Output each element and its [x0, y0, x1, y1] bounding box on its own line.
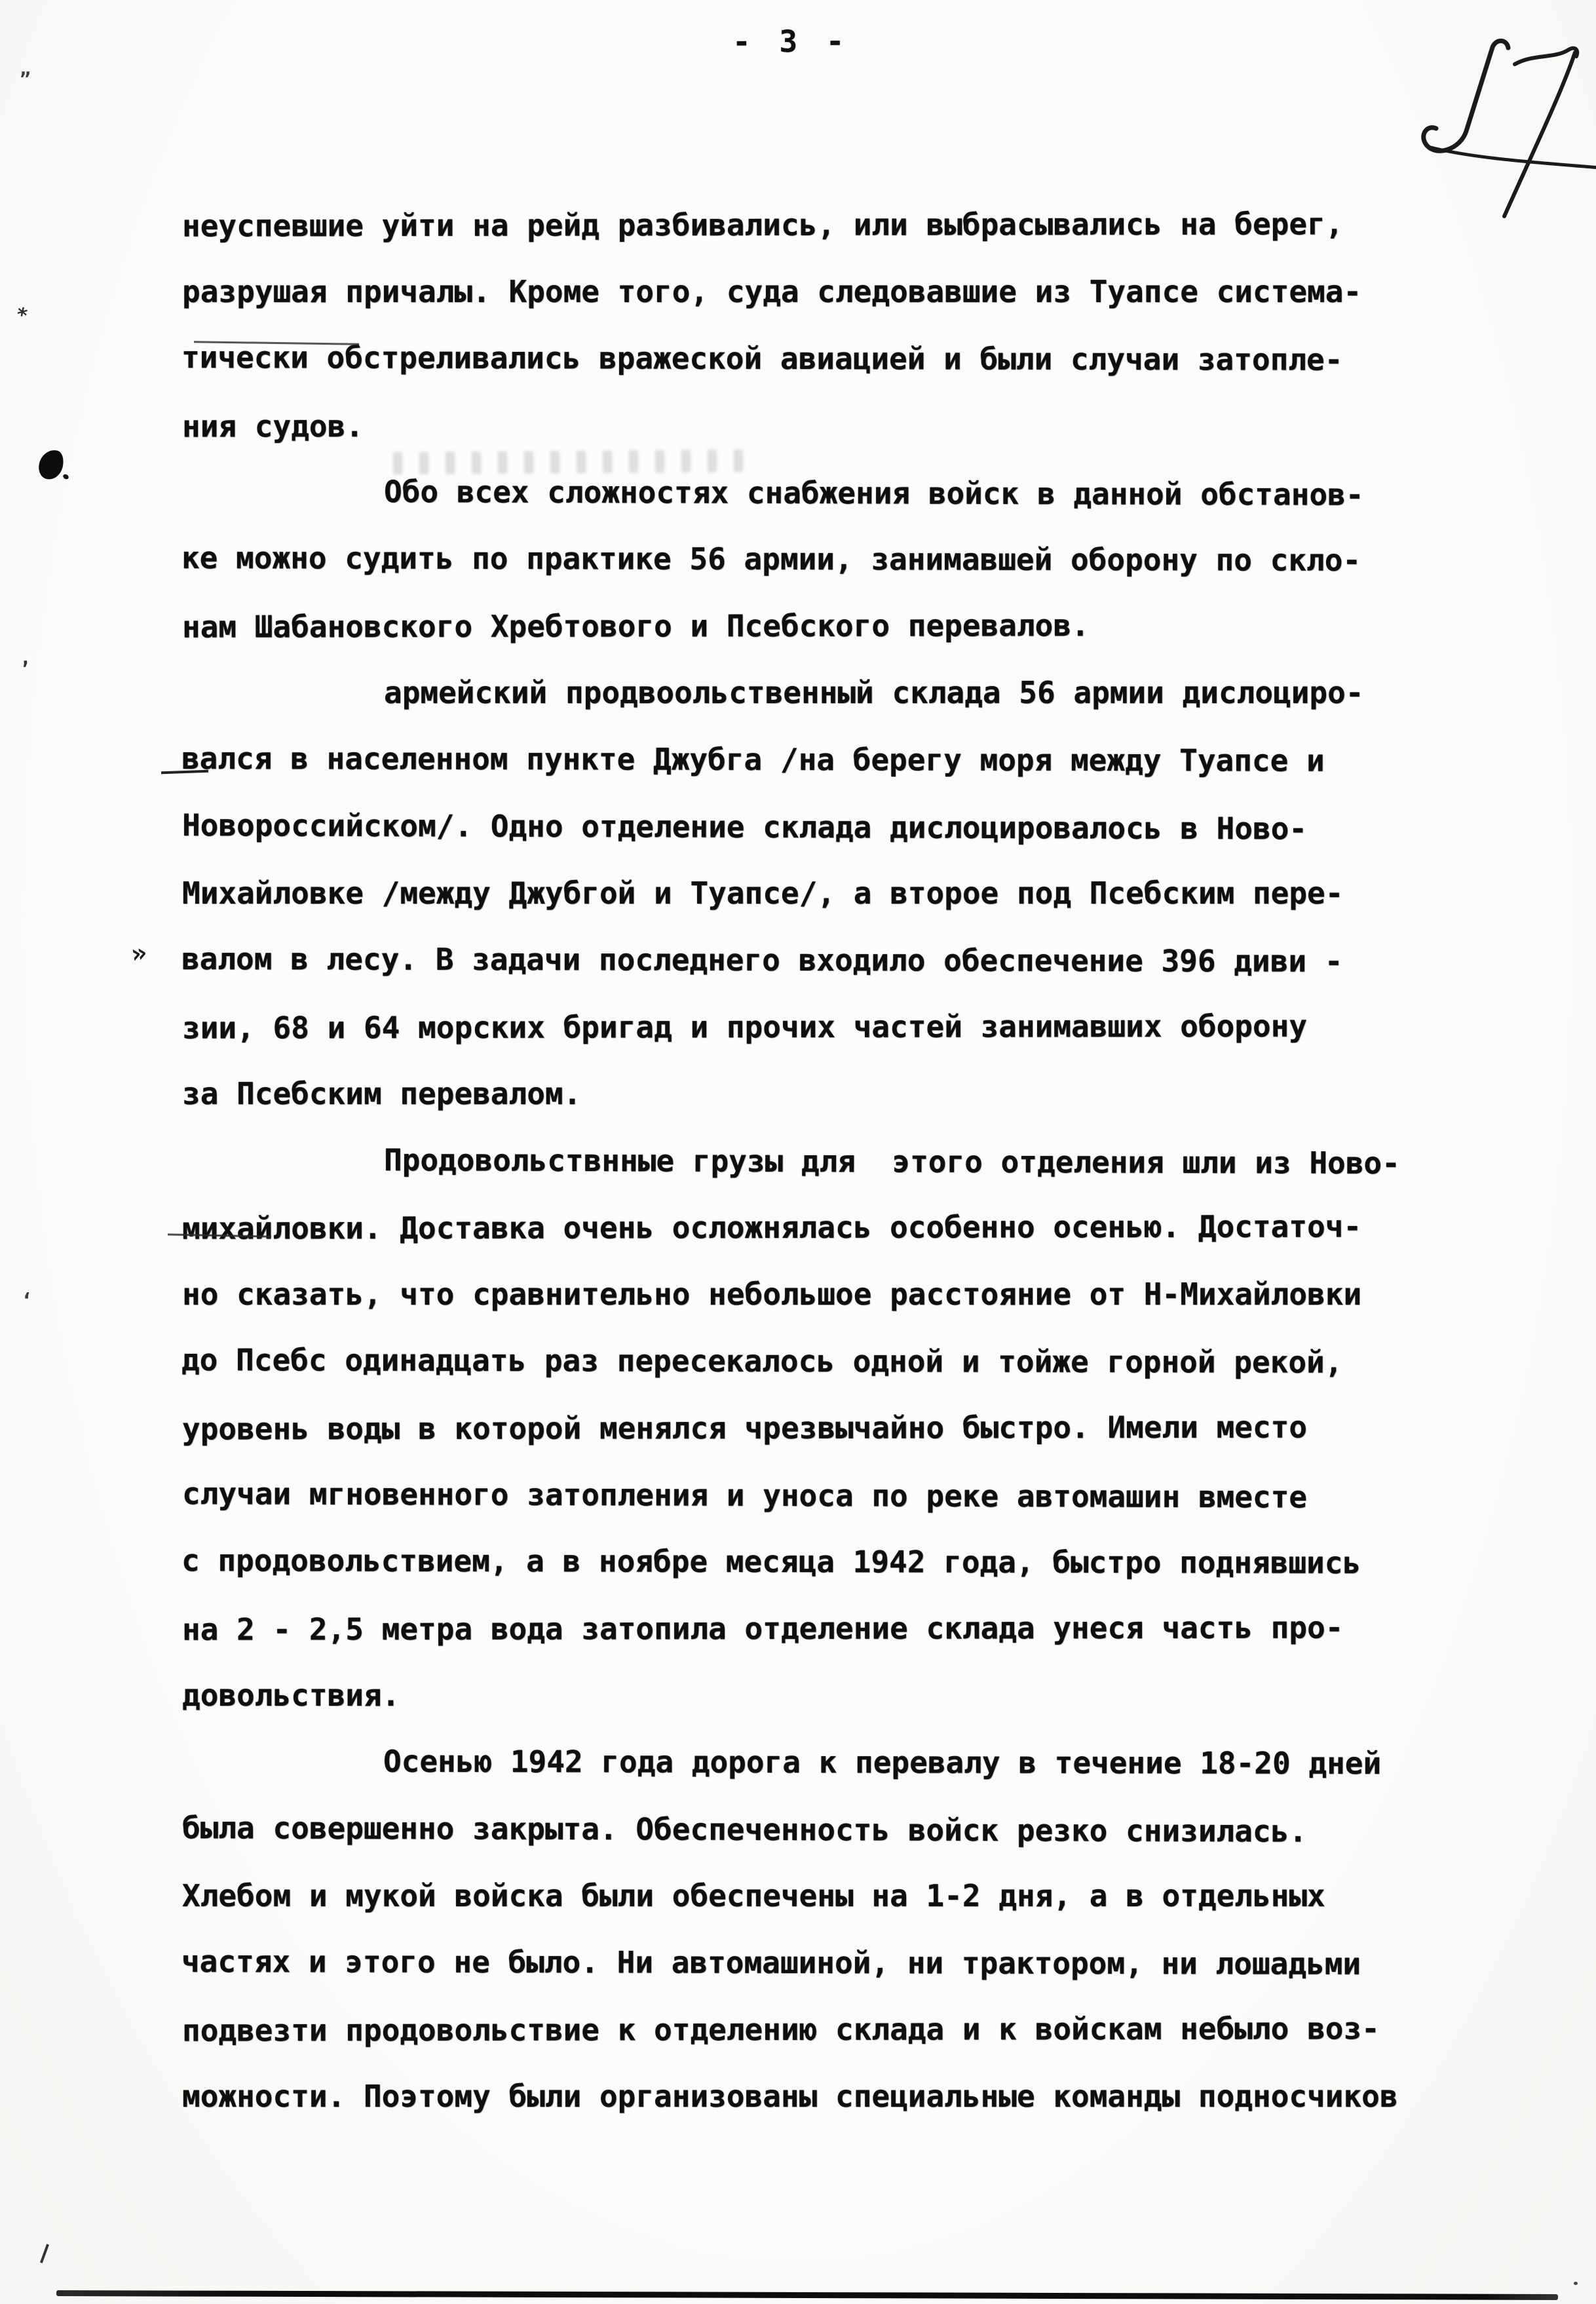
text-line: но сказать, что сравнительно небольшое р… — [182, 1261, 1381, 1328]
text-line: валом в лесу. В задачи последнего входил… — [181, 925, 1380, 995]
text-line: Хлебом и мукой войска были обеспечены на… — [182, 1862, 1381, 1929]
text-line: случаи мгновенного затопления и уноса по… — [182, 1460, 1381, 1531]
text-line: за Псебским перевалом. — [182, 1060, 1381, 1127]
text-line: ния судов. — [182, 391, 1381, 459]
text-line: Продовольствнные грузы для этого отделен… — [182, 1126, 1381, 1197]
text-line: зии, 68 и 64 морских бригад и прочих час… — [182, 992, 1381, 1061]
text-line: неуспевшие уйти на рейд разбивались, или… — [182, 190, 1381, 259]
text-line: армейский продвоольственный склада 56 ар… — [182, 659, 1381, 726]
text-line: Обо всех сложностях снабжения войск в да… — [182, 457, 1381, 528]
text-line: до Псебс одинадцать раз пересекалось одн… — [181, 1326, 1380, 1396]
text-line: Новороссийском/. Одно отделение склада д… — [182, 792, 1381, 862]
ink-speck — [62, 473, 69, 480]
ink-speck: ’ — [18, 657, 33, 682]
text-line: вался в населенном пункте Джубга /на бер… — [181, 725, 1380, 794]
ink-speck: „ — [20, 58, 31, 79]
ink-blob — [36, 447, 66, 482]
text-line: довольствия. — [182, 1662, 1381, 1729]
page-number: - 3 - — [732, 24, 850, 60]
text-line: нам Шабановского Хребтового и Псебского … — [182, 591, 1381, 660]
text-line: ке можно судить по практике 56 армии, за… — [181, 524, 1380, 594]
text-line: на 2 - 2,5 метра вода затопила отделение… — [182, 1594, 1381, 1662]
ink-speck: ‘ — [21, 1290, 33, 1313]
margin-pen-mark: » — [129, 937, 149, 969]
text-line: была совершенно закрыта. Обеспеченность … — [182, 1794, 1381, 1865]
ink-speck — [1574, 2282, 1578, 2285]
ink-speck — [40, 2244, 49, 2263]
text-block: неуспевшие уйти на рейд разбивались, или… — [182, 191, 1381, 2130]
text-line: уровень воды в которой менялся чрезвычай… — [182, 1393, 1381, 1462]
text-line: частях и этого не было. Ни автомашиной, … — [181, 1928, 1380, 1997]
text-line: можности. Поэтому были организованы спец… — [182, 2063, 1381, 2130]
text-line: разрушая причалы. Кроме того, суда следо… — [182, 258, 1381, 325]
text-line: Михайловке /между Джубгой и Туапсе/, а в… — [182, 860, 1381, 927]
ink-speck: * — [14, 303, 30, 328]
text-line: тически обстреливались вражеской авиацие… — [181, 324, 1380, 393]
text-line: с продовольствием, а в ноябре месяца 194… — [181, 1527, 1380, 1596]
text-line: михайловки. Доставка очень осложнялась о… — [182, 1193, 1381, 1261]
scanned-page: { "page": { "number_label": "- 3 -", "ha… — [0, 0, 1596, 2304]
text-line: Осенью 1942 года дорога к перевалу в теч… — [181, 1727, 1380, 1797]
scan-edge-line — [56, 2290, 1558, 2300]
text-line: подвезти продовольствие к отделению скла… — [182, 1995, 1381, 2064]
